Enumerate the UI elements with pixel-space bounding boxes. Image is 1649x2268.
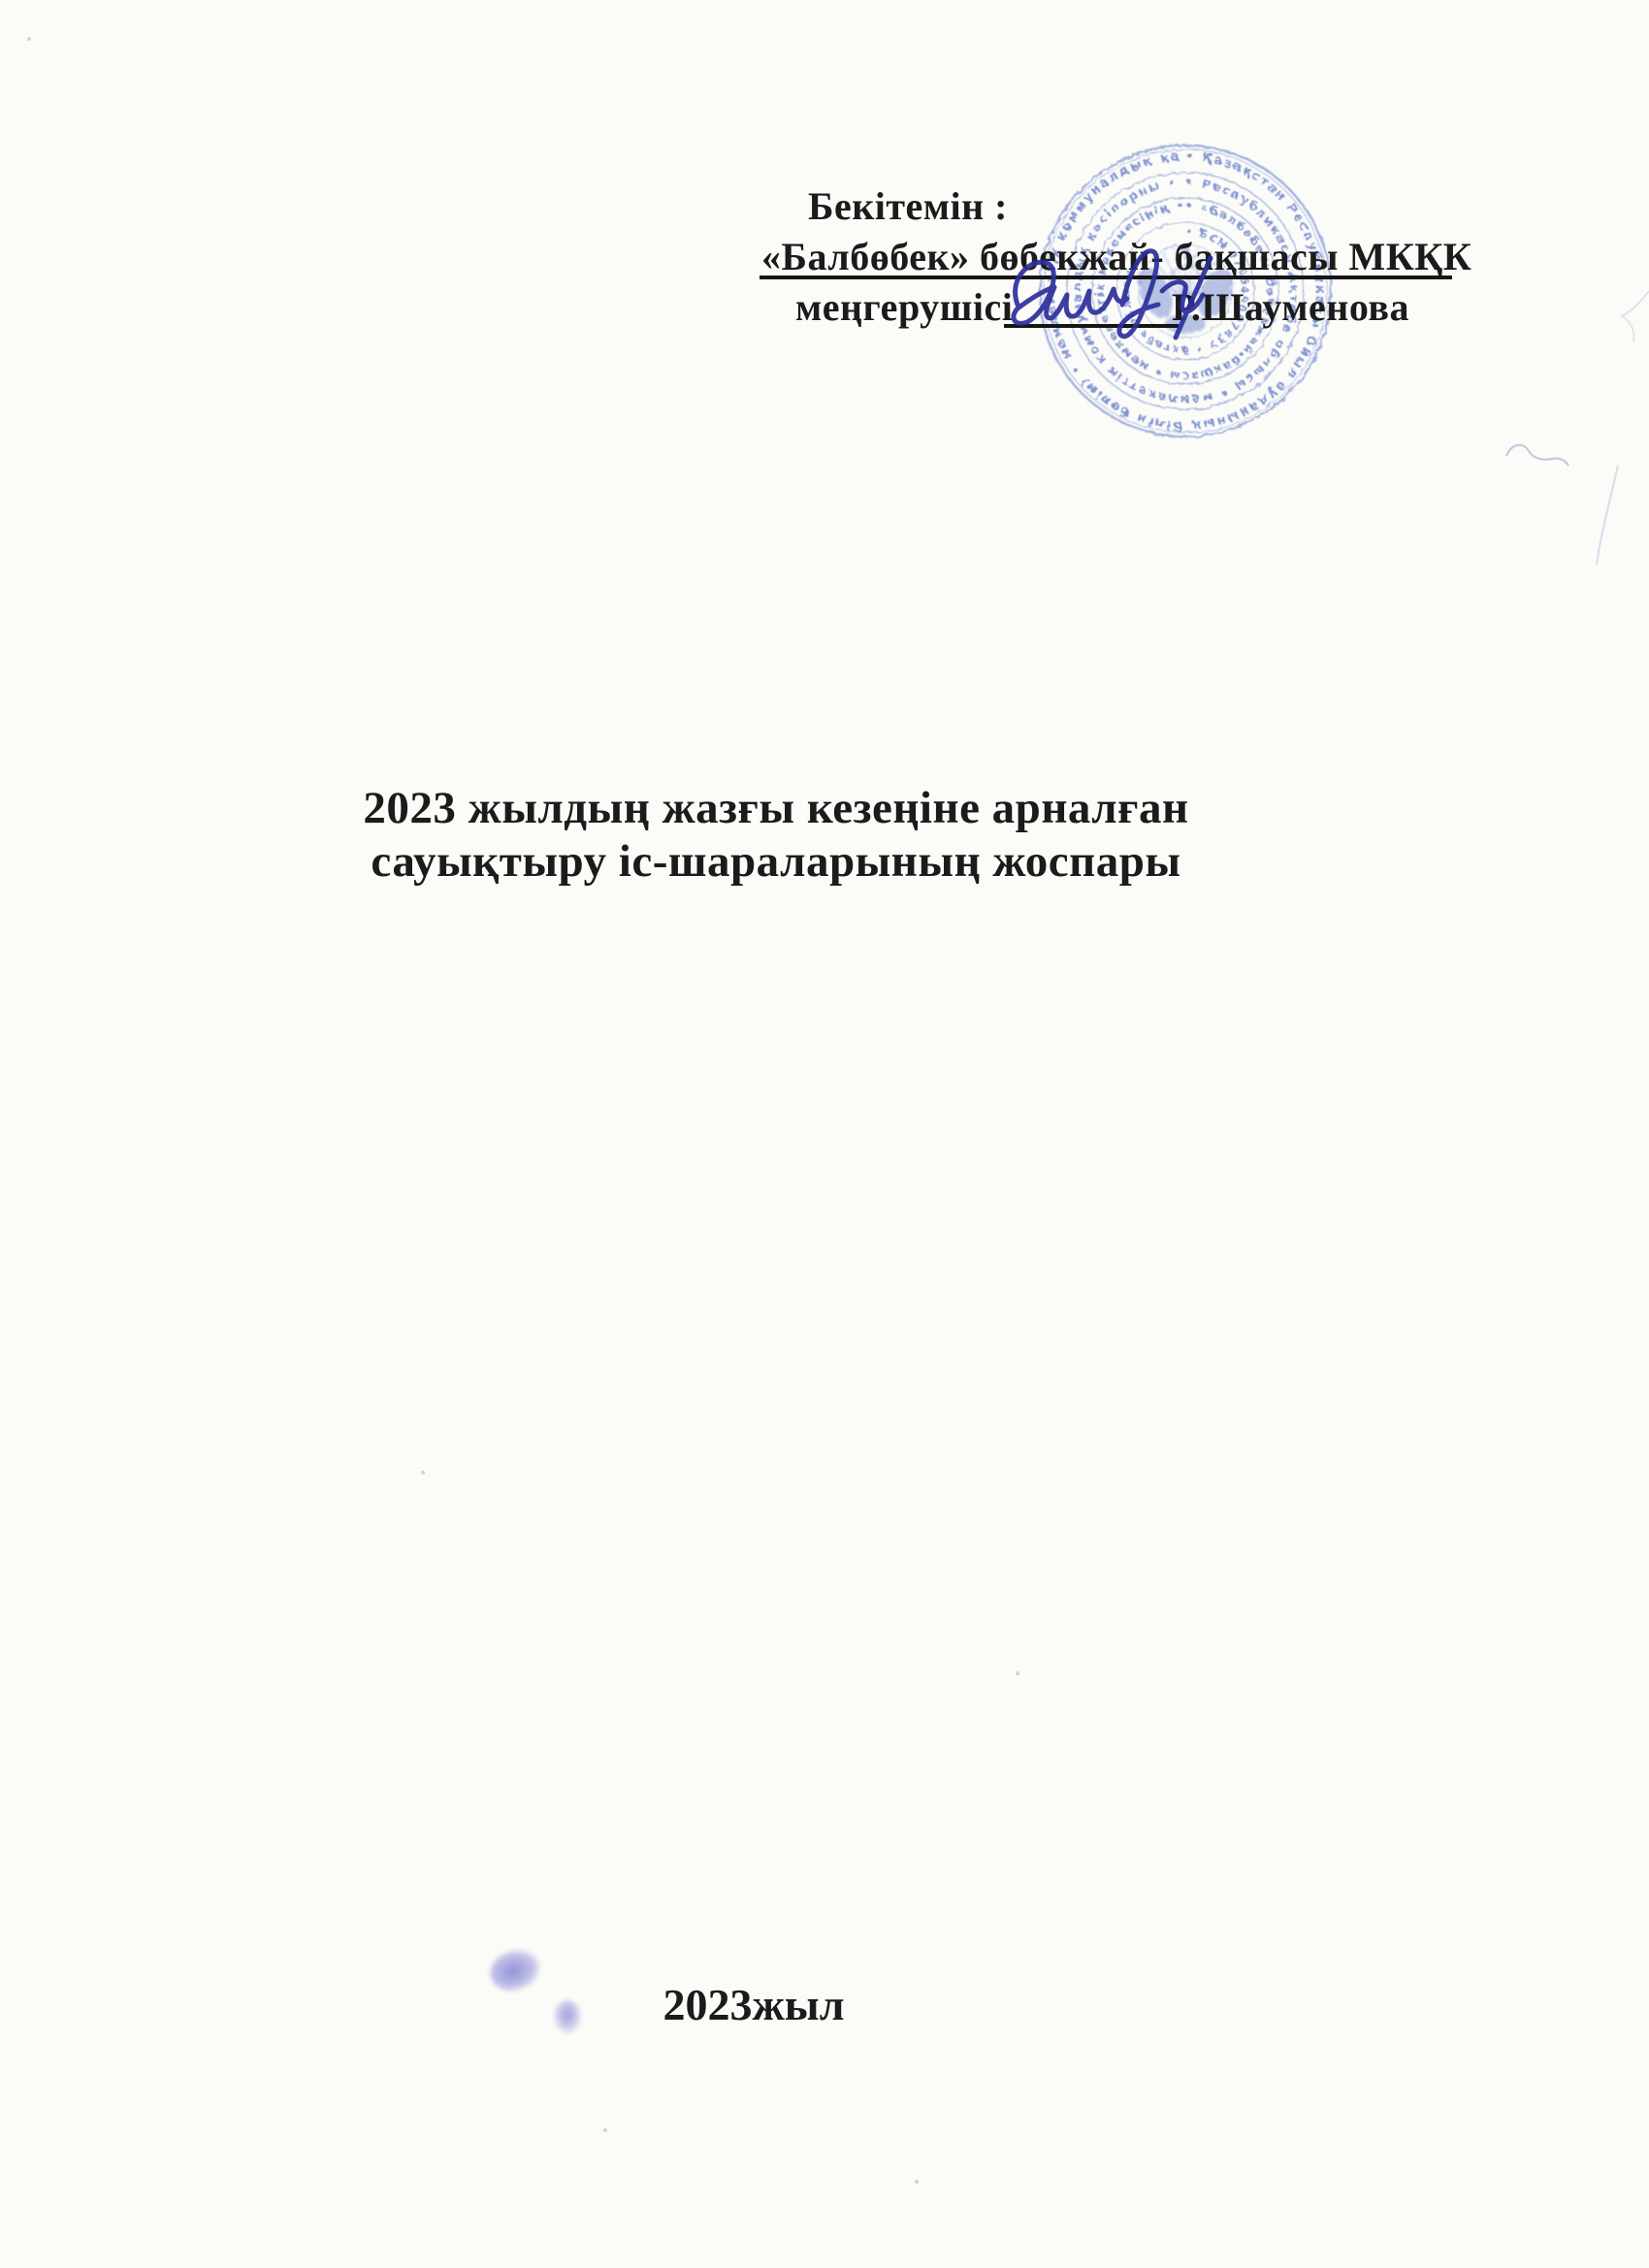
signature-stroke-slash xyxy=(1176,258,1211,338)
manager-role-label: меңгерушісі xyxy=(795,287,1013,328)
pen-scratch-corner xyxy=(1622,291,1649,341)
handwritten-signature xyxy=(985,241,1246,352)
approve-label: Бекітемін : xyxy=(808,186,1008,227)
document-title-line1: 2023 жылдың жазғы кезеңіне арналған xyxy=(0,782,1552,835)
dust-speck xyxy=(1016,1671,1019,1675)
signature-stroke-main xyxy=(1014,262,1127,323)
pen-scratch-right xyxy=(1597,466,1618,565)
dust-speck xyxy=(27,37,31,41)
scan-artifacts xyxy=(0,0,1649,2268)
dust-speck xyxy=(915,2180,919,2184)
dust-speck xyxy=(421,1471,425,1474)
scanned-document-page: • Қазақстан Республикасы Ойыл ауданының … xyxy=(0,0,1649,2268)
document-title-line2: сауықтыру іс-шараларының жоспары xyxy=(0,835,1552,889)
year-label: 2023жыл xyxy=(0,1981,1507,2030)
signature-stroke-loop xyxy=(1119,251,1158,337)
dust-speck xyxy=(603,2128,607,2132)
document-title: 2023 жылдың жазғы кезеңіне арналған сауы… xyxy=(0,782,1552,889)
pen-squiggle-right xyxy=(1506,445,1568,466)
